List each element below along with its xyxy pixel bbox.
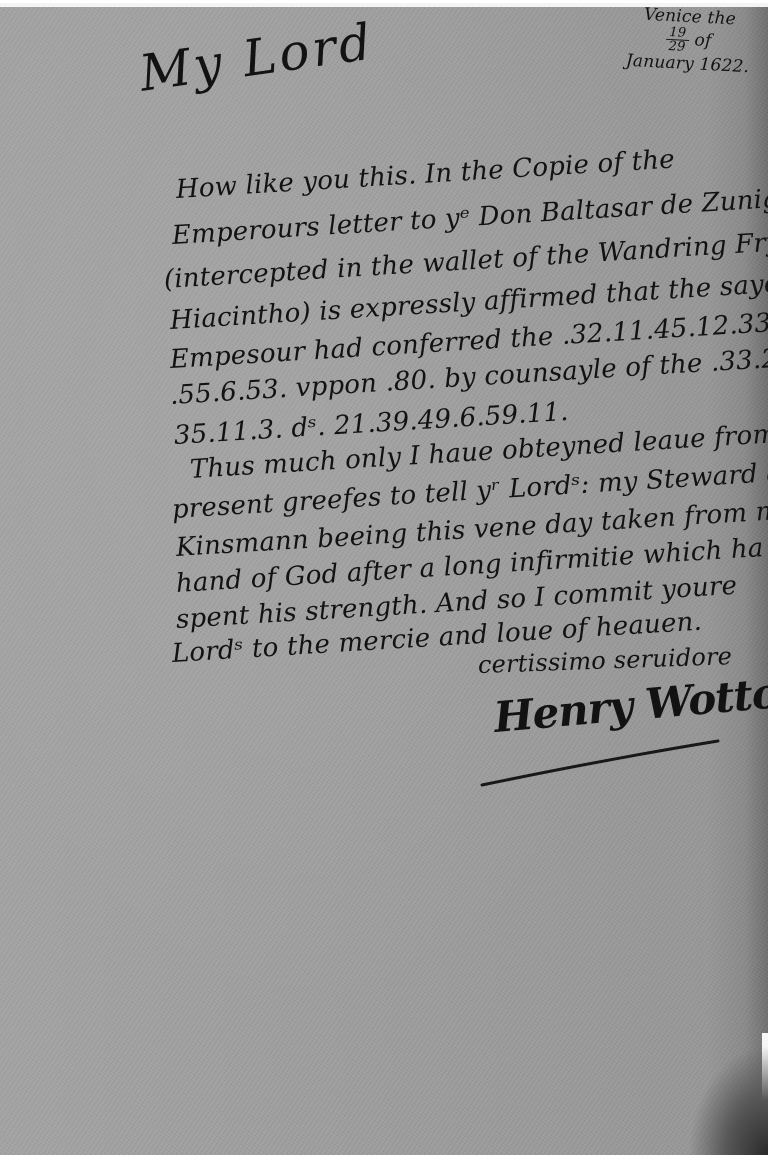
signature-flourish	[480, 739, 720, 799]
dateline-of: of	[694, 31, 712, 52]
salutation: My Lord	[136, 12, 377, 102]
day-fraction: 19 29	[665, 26, 689, 54]
dateline: Venice the 19 29 of January 1622.	[625, 4, 752, 78]
day-new-style: 29	[665, 40, 689, 54]
letter-page: Venice the 19 29 of January 1622. My Lor…	[0, 3, 768, 1155]
torn-edge	[762, 1033, 768, 1155]
